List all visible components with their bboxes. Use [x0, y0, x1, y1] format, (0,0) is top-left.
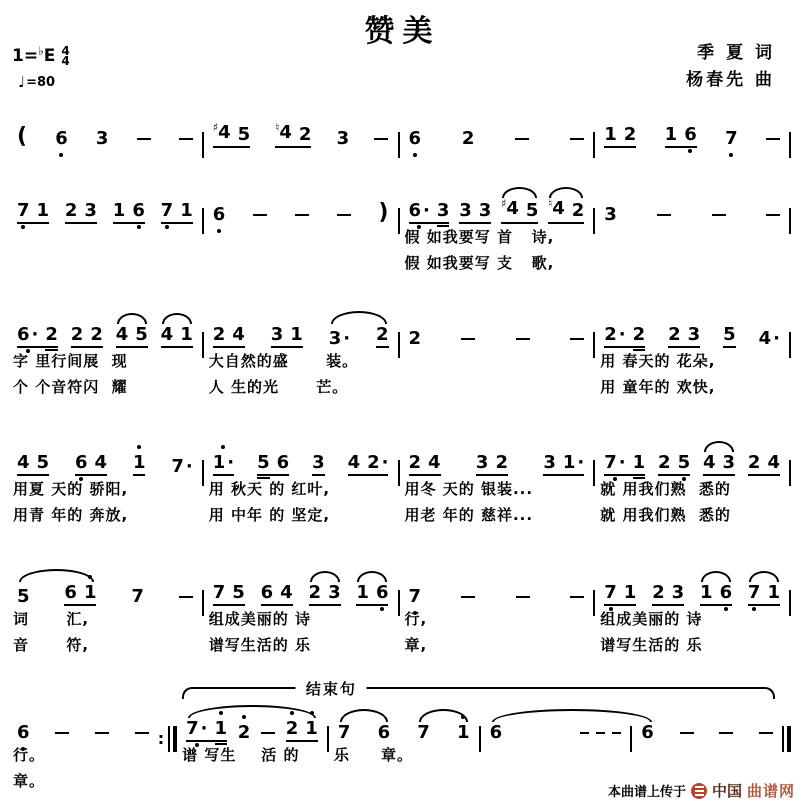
note-number: 4	[218, 122, 231, 143]
note-number: 1	[37, 200, 50, 221]
note-number: 2	[462, 128, 475, 149]
dash-note	[680, 732, 694, 734]
system-row: 712316716)6·333♯45♮42假 如我要写 首 诗,假 如我要写 支…	[8, 194, 791, 276]
note: 5	[232, 583, 245, 602]
note: 6	[641, 723, 654, 742]
barline	[782, 726, 791, 752]
note-number: 4	[348, 452, 361, 473]
time-bottom: 4	[61, 56, 69, 66]
note-number: 4	[116, 324, 129, 345]
notes-row: 62	[400, 118, 594, 148]
note: 6	[17, 723, 30, 742]
beam-group	[55, 732, 69, 742]
beam-group-slur: 23	[309, 583, 341, 606]
measure: 6·2224541字 里行间展 现个 个音符闪 耀	[8, 318, 202, 400]
credits: 季 夏 词 杨春先 曲	[686, 40, 775, 94]
composer-credit: 杨春先 曲	[686, 67, 775, 94]
beam-group: 3	[337, 129, 350, 148]
note-number: 1	[767, 582, 780, 603]
lyric-line-2	[595, 250, 789, 276]
beam-group: 33	[459, 201, 491, 224]
dash-note	[596, 732, 605, 734]
octave-dot-below	[613, 477, 617, 481]
beam-group: 61	[64, 583, 96, 606]
watermark: 本曲谱上传于 中国 曲谱网	[608, 780, 795, 801]
lyric-line-1: 行。	[8, 742, 158, 768]
note: 1	[457, 723, 470, 742]
beam-group: 75	[213, 583, 245, 606]
beam-group	[766, 138, 780, 148]
note-number: 4	[759, 328, 772, 349]
beam-group: 7	[409, 587, 422, 606]
dash-note	[657, 214, 671, 216]
notes-row: 71231671	[8, 194, 202, 224]
note-number: 6	[409, 200, 422, 221]
note: 6	[213, 205, 226, 224]
beam-group: 2	[462, 129, 475, 148]
note: 4	[17, 453, 30, 472]
note-number: 3	[312, 452, 325, 473]
note-number: 2	[409, 328, 422, 349]
octave-dot-above	[137, 445, 141, 449]
beam-group: 7·	[171, 457, 192, 476]
note-number: 7	[604, 452, 617, 473]
note: 3	[96, 129, 109, 148]
note-number: 2	[748, 452, 761, 473]
lyric-line-2: 假 如我要写 支 歌,	[400, 250, 594, 276]
lyric-line-1	[481, 742, 631, 768]
note-number: 7	[409, 586, 422, 607]
lyric-line-2: 用 童年的 欢快,	[595, 374, 789, 400]
lyric-line-1: 组成美丽的 诗	[204, 606, 398, 632]
augmentation-dot: ·	[382, 453, 389, 472]
phrase-paren: )	[378, 201, 388, 224]
lyric-line-2: 用 中年 的 坚定,	[204, 502, 398, 528]
beam-group: 64	[75, 453, 107, 476]
note: 2	[633, 325, 646, 344]
note: 6	[55, 129, 68, 148]
note-number: 1	[213, 452, 226, 473]
note: 4	[280, 583, 293, 602]
beam-group: 23	[65, 201, 97, 224]
note-number: 2	[286, 718, 299, 739]
note-number: 2	[213, 324, 226, 345]
note-number: 6	[55, 128, 68, 149]
lyric-line-2: 人 生的光 芒。	[204, 374, 398, 400]
note: 3	[723, 453, 736, 472]
note: 2	[45, 325, 58, 344]
note-number: 3	[479, 200, 492, 221]
note: 2	[238, 723, 251, 742]
note: 4	[95, 453, 108, 472]
note-number: 3	[604, 204, 617, 225]
lyric-line-1: 用冬 天的 银装...	[400, 476, 594, 502]
notes-row: 7·1254324	[595, 446, 789, 476]
augmentation-dot: ·	[577, 453, 584, 472]
notes-row: 71231671	[595, 576, 789, 606]
dash-note	[612, 732, 621, 734]
note-number: 7	[748, 582, 761, 603]
lyric-line-1: 词 汇,	[8, 606, 202, 632]
measure: 24313·2大自然的盛 装。人 生的光 芒。	[204, 318, 398, 400]
notes-row: 75642316	[204, 576, 398, 606]
note: 6	[261, 583, 274, 602]
note: ♯4	[501, 199, 519, 220]
note-number: 1	[305, 718, 318, 739]
slur-arc	[19, 569, 94, 582]
note: 7	[338, 723, 351, 742]
notes-row: 243231·	[400, 446, 594, 476]
dash-note	[179, 596, 193, 598]
octave-dot-below	[21, 747, 25, 751]
beam-group: 3·	[329, 329, 350, 348]
notes-row: 1·56342·	[204, 446, 398, 476]
note: 2	[309, 583, 322, 602]
octave-dot-below	[724, 607, 728, 611]
note-number: 3	[543, 452, 556, 473]
note: 7·	[171, 457, 192, 476]
note-number: 1	[215, 718, 228, 739]
note-number: 6	[17, 324, 30, 345]
octave-dot-below	[137, 225, 141, 229]
lyric-line-1	[8, 224, 202, 250]
beam-group	[712, 214, 726, 224]
slur-arc	[331, 311, 387, 324]
beam-group: 6·2	[17, 325, 58, 348]
beam-group	[570, 596, 584, 606]
note-number: 6	[213, 204, 226, 225]
note: 1	[633, 453, 646, 472]
dash-note	[137, 138, 151, 140]
beam-group: 6·3	[409, 201, 450, 224]
beam-group: 31·	[543, 453, 584, 476]
beam-group	[295, 214, 309, 224]
notes-row: 6	[8, 712, 158, 742]
note-number: 6	[277, 452, 290, 473]
score: (63♯45♮4236212167712316716)6·333♯45♮42假 …	[0, 106, 805, 794]
beam-group: 56	[257, 453, 289, 476]
note-number: 2	[624, 124, 637, 145]
beam-group: 2	[238, 723, 251, 742]
note-number: 1	[624, 582, 637, 603]
note: 5	[37, 453, 50, 472]
octave-dot-below	[165, 225, 169, 229]
octave-dot-below	[59, 153, 63, 157]
beam-group: ♮42	[275, 123, 311, 148]
note-number: 6	[64, 582, 77, 603]
note: 2	[624, 125, 637, 144]
lyric-line-2	[177, 768, 327, 794]
note: 1·	[213, 453, 234, 472]
beam-group: 6	[409, 129, 422, 148]
phrase-paren: (	[17, 125, 27, 148]
note: 7	[604, 583, 617, 602]
note-number: 7	[161, 200, 174, 221]
octave-dot-below	[609, 607, 613, 611]
lyric-line-1: 字 里行间展 现	[8, 348, 202, 374]
note: 2·	[604, 325, 625, 344]
lyric-line-2: 章。	[8, 768, 158, 794]
measure: 6行。章。	[8, 712, 158, 794]
measure: ♯45♮423	[204, 118, 398, 158]
system-5: 5617词 汇,音 符,75642316组成美丽的 诗谱写生活的 乐7行,章,7…	[8, 564, 791, 658]
note-number: 4	[161, 324, 174, 345]
note-number: 2	[668, 324, 681, 345]
quarter-note-icon: ♩	[18, 73, 25, 91]
lyric-line-1: 行,	[400, 606, 594, 632]
note-number: 2	[658, 452, 671, 473]
accidental-icon: ♮	[548, 197, 552, 210]
octave-dot-below	[413, 153, 417, 157]
augmentation-dot: ·	[32, 325, 39, 344]
note-number: 1	[84, 582, 97, 603]
key-note: E	[44, 46, 56, 66]
measure: 75642316组成美丽的 诗谱写生活的 乐	[204, 576, 398, 658]
note: 2	[213, 325, 226, 344]
note-number: 4	[767, 452, 780, 473]
dash-note	[759, 732, 773, 734]
dash-note	[766, 214, 780, 216]
measure: 12167	[595, 118, 789, 158]
octave-dot-below	[752, 607, 756, 611]
note-number: 2	[90, 324, 103, 345]
barline: :	[158, 726, 177, 752]
note: 3	[672, 583, 685, 602]
note-number: 1	[633, 452, 646, 473]
note: 7	[213, 583, 226, 602]
note-number: 5	[257, 452, 270, 473]
note-number: 4	[428, 452, 441, 473]
slur-arc	[492, 709, 652, 722]
note-number: 3	[672, 582, 685, 603]
system-6: 6行。章。:7·1221谱 写生 活 的7671乐 章。66结束句	[8, 674, 791, 794]
beam-group: 22	[71, 325, 103, 348]
note: 1	[215, 719, 228, 738]
beam-group-slur: 45	[116, 325, 148, 348]
beam-group	[261, 732, 275, 742]
measure: 3	[595, 194, 789, 276]
note: 2	[572, 201, 585, 220]
note: 7	[17, 201, 30, 220]
dash-note	[253, 214, 267, 216]
time-signature: 4 4	[61, 46, 69, 66]
note: 3	[271, 325, 284, 344]
measure: 456417·用夏 天的 骄阳,用青 年的 奔放,	[8, 446, 202, 528]
note: 6·	[409, 201, 430, 220]
measure: 7·1254324就 用我们熟 悉的就 用我们熟 悉的	[595, 446, 789, 528]
note-number: 3	[459, 200, 472, 221]
barline	[789, 132, 791, 158]
note: 3	[476, 453, 489, 472]
note-number: 6	[720, 582, 733, 603]
beam-group: 6	[213, 205, 226, 224]
dash-note	[374, 138, 388, 140]
notes-row: (63	[8, 118, 202, 148]
note-number: 2	[367, 452, 380, 473]
notes-row: 6·333♯45♮42	[400, 194, 594, 224]
system-3: 6·2224541字 里行间展 现个 个音符闪 耀24313·2大自然的盛 装。…	[8, 306, 791, 400]
note-number: 3	[723, 452, 736, 473]
beam-group: 16	[113, 201, 145, 224]
notes-row: 2	[400, 318, 594, 348]
note-number: 1	[604, 124, 617, 145]
note: 7	[409, 587, 422, 606]
octave-dot-below	[217, 229, 221, 233]
key-signature: 1=♭E 4 4	[12, 46, 70, 66]
note: 3	[688, 325, 701, 344]
beam-group: 6	[490, 723, 503, 742]
beam-group: 2	[376, 325, 389, 348]
slur-arc	[188, 705, 316, 718]
note: 2	[495, 453, 508, 472]
measure: 243231·用冬 天的 银装...用老 年的 慈祥...	[400, 446, 594, 528]
beam-group	[516, 596, 530, 606]
dash-note	[580, 732, 589, 734]
lyric-line-2	[8, 250, 202, 276]
note: 1	[624, 583, 637, 602]
beam-group: 6	[378, 723, 391, 742]
lyric-line-1	[400, 348, 594, 374]
note: 4	[116, 325, 129, 344]
note-number: 2	[604, 324, 617, 345]
beam-group	[461, 596, 475, 606]
note-number: 4	[95, 452, 108, 473]
note-number: 3	[328, 582, 341, 603]
note: 5	[257, 453, 270, 472]
note: 2	[90, 325, 103, 344]
note: 2	[652, 583, 665, 602]
beam-group-slur: 43	[703, 453, 735, 476]
note-number: 6	[684, 124, 697, 145]
note-number: 5	[526, 200, 539, 221]
dash-note	[719, 732, 733, 734]
lyricist-credit: 季 夏 词	[686, 40, 775, 67]
lyric-line-2: 用老 年的 慈祥...	[400, 502, 594, 528]
note-number: 7	[17, 200, 30, 221]
note: ♮4	[275, 123, 291, 144]
note: 1	[133, 453, 146, 472]
note: 3	[337, 129, 350, 148]
barline-stroke	[782, 726, 784, 752]
dash-note	[712, 214, 726, 216]
note: 1	[37, 201, 50, 220]
note-number: 1	[563, 452, 576, 473]
site-name-dark: 中国	[712, 780, 742, 801]
note-number: 2	[71, 324, 84, 345]
barline-stroke	[789, 590, 791, 616]
lyric-line-2: 就 用我们熟 悉的	[595, 502, 789, 528]
note-number: 1	[665, 124, 678, 145]
beam-group-slur: ♮42	[548, 199, 584, 224]
barline-stroke	[789, 460, 791, 486]
beam-group: 2	[409, 329, 422, 348]
note: 3	[84, 201, 97, 220]
note: 2	[65, 201, 78, 220]
note-number: 4	[17, 452, 30, 473]
barline-stroke	[789, 132, 791, 158]
song-title: 赞美	[0, 6, 805, 50]
accidental-icon: ♮	[275, 121, 279, 134]
note: 1	[356, 583, 369, 602]
barline	[789, 332, 791, 358]
note: 2	[409, 453, 422, 472]
dash-note	[337, 214, 351, 216]
note: 1	[604, 125, 617, 144]
note: 2	[409, 329, 422, 348]
note: 5	[238, 125, 251, 144]
dash-note	[570, 596, 584, 598]
notes-row: 6·2224541	[8, 318, 202, 348]
note-number: 7	[604, 582, 617, 603]
system-4: 456417·用夏 天的 骄阳,用青 年的 奔放,1·56342·用 秋天 的 …	[8, 434, 791, 528]
ending-phrase-label: 结束句	[296, 680, 367, 698]
note: 4	[428, 453, 441, 472]
note-number: 5	[678, 452, 691, 473]
beam-group	[253, 214, 267, 224]
beam-group: 6	[55, 129, 68, 148]
notes-row: 12167	[595, 118, 789, 148]
note: ♮4	[548, 199, 564, 220]
ending-phrase-bracket: 结束句	[182, 687, 775, 699]
beam-group	[570, 338, 584, 348]
measure: 1·56342·用 秋天 的 红叶,用 中年 的 坚定,	[204, 446, 398, 528]
barline-stroke-thick	[787, 726, 791, 752]
measure: 2	[400, 318, 594, 400]
note: 6	[132, 201, 145, 220]
tempo-value: =80	[26, 75, 55, 90]
barline-stroke	[168, 726, 170, 752]
note-number: 6	[490, 722, 503, 743]
note-number: 6	[132, 200, 145, 221]
beam-group	[461, 338, 475, 348]
barline	[789, 460, 791, 486]
beam-group	[570, 138, 584, 148]
note: 1	[113, 201, 126, 220]
beam-group: 5	[723, 325, 736, 348]
note: 4	[767, 453, 780, 472]
sixteenth-underline	[437, 225, 450, 227]
lyric-line-2	[400, 374, 594, 400]
beam-group	[766, 214, 780, 224]
beam-group-slur: 41	[161, 325, 193, 348]
beam-group	[374, 138, 388, 148]
note: 4	[161, 325, 174, 344]
note-number: 3	[84, 200, 97, 221]
notes-row: 3	[595, 194, 789, 224]
note: 1	[290, 325, 303, 344]
note: 6·	[17, 325, 38, 344]
note: 1	[84, 583, 97, 602]
note: 7	[131, 587, 144, 606]
beam-group: ♯45	[213, 123, 250, 148]
note: 6	[720, 583, 733, 602]
beam-group	[759, 732, 773, 742]
note: 5	[723, 325, 736, 344]
octave-dot-below	[26, 349, 30, 353]
lyric-line-1: 谱 写生 活 的	[177, 742, 327, 768]
octave-dot-below	[688, 149, 692, 153]
sixteenth-underline	[215, 743, 228, 745]
note-number: 3	[96, 128, 109, 149]
flat-icon: ♭	[38, 44, 44, 58]
lyric-line-1	[632, 742, 782, 768]
measure: 7·1221谱 写生 活 的	[177, 712, 327, 794]
note: 1	[305, 719, 318, 738]
beam-group: 3	[312, 453, 325, 476]
beam-group: 2·2	[604, 325, 645, 348]
note: 1	[700, 583, 713, 602]
note-number: 6	[376, 582, 389, 603]
